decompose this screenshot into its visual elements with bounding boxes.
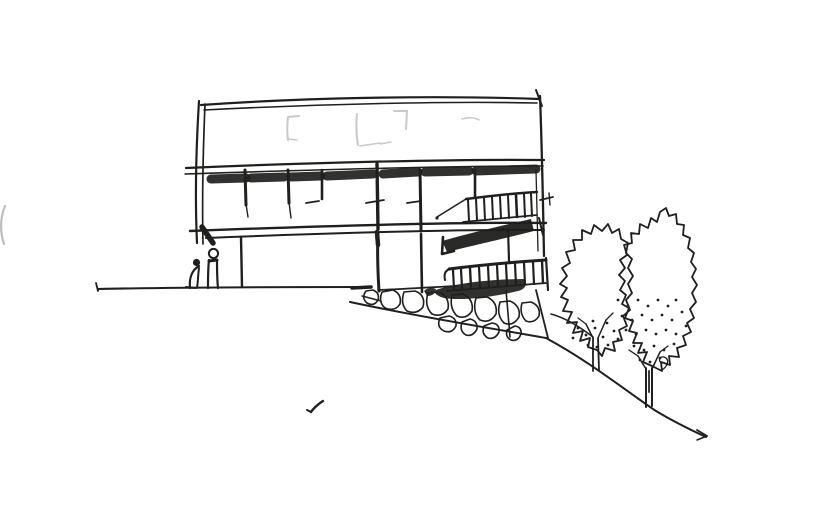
foliage-dot (617, 338, 620, 341)
piloti-column-2-cap (377, 232, 378, 245)
foliage-dot (637, 299, 640, 302)
rock-2 (381, 290, 401, 309)
glazing-tick-right (549, 193, 550, 205)
ground-line (98, 287, 368, 289)
piloti-column-3 (421, 234, 422, 292)
rock-3 (403, 291, 424, 312)
faint-rect-top (394, 111, 407, 129)
upper-baluster-9 (531, 194, 532, 216)
faint-rect-left (356, 114, 358, 145)
slope-arrow-b (697, 436, 707, 440)
window-strip-6 (425, 171, 469, 172)
foliage-dot (631, 319, 634, 322)
figure-right-body-left (208, 260, 209, 288)
figure-right-head (209, 249, 218, 258)
check-mark-hook (307, 410, 311, 412)
mullion-1-tail (246, 204, 248, 217)
rock-9 (439, 316, 456, 332)
right-tree-branch-2 (629, 350, 638, 356)
foliage-dot (685, 325, 688, 328)
figure-right-shoulder (209, 260, 217, 261)
lower-baluster-9 (524, 263, 525, 284)
foliage-dot (641, 314, 644, 317)
upper-baluster-4 (492, 197, 493, 219)
faint-bracket-bottom (288, 139, 297, 140)
foliage-dot (577, 327, 580, 330)
foliage-dot (647, 305, 650, 308)
mullion-2 (288, 170, 289, 203)
rock-6 (475, 297, 497, 321)
figure-left-foot (186, 287, 195, 288)
lower-rail-left-hook (445, 269, 450, 280)
foliage-dot (592, 320, 595, 323)
foliage-dot (665, 329, 668, 332)
lower-baluster-2 (461, 269, 462, 288)
right-edge-inner (536, 170, 538, 251)
foliage-dot (639, 359, 642, 362)
right-tree-dots (617, 299, 688, 364)
lower-stair-shadow-blob (424, 288, 436, 296)
lower-baluster-6 (497, 265, 498, 286)
right-tree-branch-3 (652, 352, 660, 369)
mullion-1 (245, 170, 246, 205)
lower-baluster-8 (515, 264, 516, 285)
foliage-dot (649, 361, 652, 364)
upper-rail-top (466, 192, 537, 199)
rock-8 (521, 302, 539, 322)
foliage-dot (645, 329, 648, 332)
lower-rail-right-end (546, 258, 548, 290)
foliage-dot (621, 315, 624, 318)
upper-baluster-1 (468, 200, 469, 221)
upper-baluster-7 (516, 195, 517, 217)
foliage-dot (667, 305, 670, 308)
foliage-dot (625, 329, 628, 332)
left-tree-dots (572, 320, 620, 349)
foliage-dot (633, 345, 636, 348)
mullion-2-tail (289, 202, 291, 218)
foliage-dot (661, 314, 664, 317)
foliage-dot (657, 299, 660, 302)
upper-rail-strut (437, 199, 466, 217)
piloti-column-1 (241, 237, 242, 287)
left-tree-trunk-b (598, 338, 599, 370)
foliage-dot (587, 344, 590, 347)
rocks-right-edge (536, 290, 548, 338)
figure-left-front (197, 268, 199, 288)
lower-baluster-3 (470, 268, 471, 288)
roof-line-inner (204, 102, 537, 110)
left-edge-outer (196, 101, 199, 243)
foliage-dot (675, 299, 678, 302)
upper-baluster-2 (476, 199, 477, 220)
foliage-dot (613, 330, 616, 333)
foliage-dot (653, 345, 656, 348)
foliage-dot (681, 311, 684, 314)
lower-baluster-11 (542, 261, 543, 283)
foliage-dot (651, 319, 654, 322)
left-tree-branch-3 (598, 320, 606, 338)
foliage-dot (607, 344, 610, 347)
left-tree-canopy (560, 224, 633, 356)
foliage-dot (673, 343, 676, 346)
upper-rail-strut-dot (435, 216, 438, 219)
window-strip-2 (251, 177, 284, 178)
left-tree-branch-4 (606, 313, 613, 320)
lower-baluster-4 (479, 267, 480, 287)
slope-3 (656, 411, 706, 437)
upper-baluster-8 (524, 194, 525, 217)
faint-rect-bottom (360, 143, 380, 146)
faint-rect-dash (380, 142, 391, 144)
figure-right-body-right (217, 260, 218, 288)
window-strip-5 (383, 172, 418, 174)
foliage-dot (617, 299, 620, 302)
figure-left-head (193, 259, 200, 266)
ground-line-end-blob (352, 287, 371, 288)
foliage-dot (606, 322, 609, 325)
foliage-dot (643, 349, 646, 352)
foliage-dot (635, 333, 638, 336)
foliage-dot (663, 349, 666, 352)
window-strip-7 (476, 169, 536, 171)
lower-baluster-5 (488, 266, 489, 287)
rock-11 (483, 323, 499, 338)
lower-baluster-7 (506, 265, 507, 285)
check-mark (311, 401, 323, 412)
foliage-dot (585, 334, 588, 337)
lower-baluster-10 (533, 262, 534, 284)
glazing-dash-2 (366, 200, 384, 203)
foliage-dot (572, 337, 575, 340)
sketch-canvas (0, 0, 816, 510)
faint-bracket-vertical (287, 116, 299, 140)
foliage-dot (671, 319, 674, 322)
foliage-dot (602, 336, 605, 339)
faint-mark-right (462, 118, 479, 120)
foliage-dot (596, 346, 599, 349)
glazing-dash-1 (306, 201, 319, 203)
left-edge-faint-curve (1, 206, 5, 244)
sketch-page (0, 0, 816, 510)
foliage-dot (627, 305, 630, 308)
upper-baluster-3 (484, 198, 485, 220)
upper-baluster-5 (500, 197, 501, 218)
upper-baluster-6 (508, 196, 509, 218)
foliage-dot (675, 333, 678, 336)
window-strip-4 (327, 174, 373, 176)
foliage-dot (659, 357, 662, 360)
window-strip-3 (291, 176, 321, 177)
foliage-dot (655, 333, 658, 336)
window-strip-1 (211, 178, 246, 179)
rock-10 (461, 319, 477, 335)
mullion-4 (377, 164, 378, 229)
glazing-dash-3 (407, 201, 421, 203)
left-tree-branch-2 (578, 318, 586, 324)
foliage-dot (594, 327, 597, 330)
